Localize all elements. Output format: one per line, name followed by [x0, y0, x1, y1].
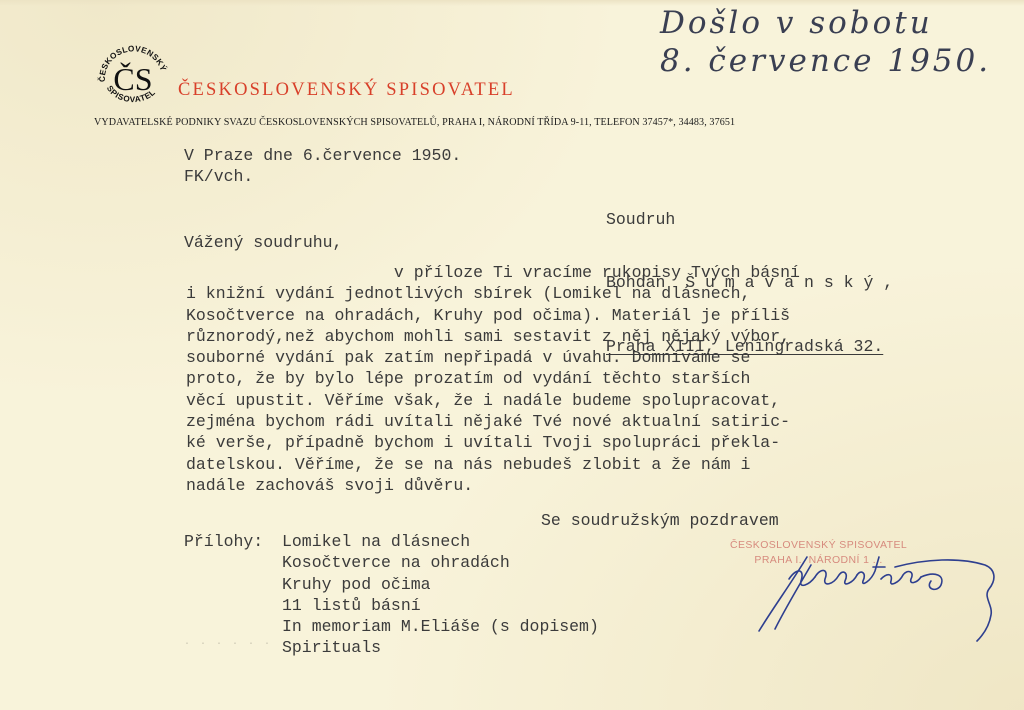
attachment-item: In memoriam M.Eliáše (s dopisem) — [282, 616, 599, 637]
body-line: souborné vydání pak zatím nepřipadá v úv… — [186, 347, 800, 368]
signature — [745, 545, 1015, 645]
handwritten-line-1: Došlo v sobotu — [660, 4, 991, 42]
perforation-marks: · · · · · · — [184, 639, 272, 650]
body-line: věcí upustit. Věříme však, že i nadále b… — [186, 390, 800, 411]
attachments-label: Přílohy: — [184, 531, 263, 552]
body-line: v příloze Ti vracíme rukopisy Tvých básn… — [186, 262, 800, 283]
closing: Se soudružským pozdravem — [541, 510, 779, 531]
attachment-item: Kruhy pod očima — [282, 574, 599, 595]
brand-name: ČESKOSLOVENSKÝ SPISOVATEL — [178, 80, 515, 101]
recipient-title: Soudruh — [606, 209, 893, 230]
body-line: datelskou. Věříme, že se na nás nebudeš … — [186, 454, 800, 475]
body-line: nadále zachováš svoji důvěru. — [186, 475, 800, 496]
body-line: proto, že by bylo lépe prozatím od vydán… — [186, 368, 800, 389]
attachment-item: Lomikel na dlásnech — [282, 531, 599, 552]
body-line: zejména bychom rádi uvítali nějaké Tvé n… — [186, 411, 800, 432]
body-line: různorodý,než abychom mohli sami sestavi… — [186, 326, 800, 347]
publisher-logo-icon: ČESKOSLOVENSKÝ SPISOVATEL ČS — [96, 42, 170, 108]
greeting: Vážený soudruhu, — [184, 232, 342, 253]
place-date: V Praze dne 6.července 1950. — [184, 145, 461, 166]
body-line: ké verše, případně bychom i uvítali Tvoj… — [186, 432, 800, 453]
body-line: Kosočtverce na ohradách, Kruhy pod očima… — [186, 305, 800, 326]
body-line: i knižní vydání jednotlivých sbírek (Lom… — [186, 283, 800, 304]
letter-body: v příloze Ti vracíme rukopisy Tvých básn… — [186, 262, 800, 496]
handwritten-line-2: 8. července 1950. — [660, 42, 991, 80]
handwritten-note: Došlo v sobotu 8. července 1950. — [660, 4, 991, 80]
attachment-item: Spirituals — [282, 637, 599, 658]
reference-code: FK/vch. — [184, 166, 253, 187]
attachment-item: 11 listů básní — [282, 595, 599, 616]
attachments-list: Lomikel na dlásnechKosočtverce na ohradá… — [282, 531, 599, 659]
letterhead-subheading: VYDAVATELSKÉ PODNIKY SVAZU ČESKOSLOVENSK… — [94, 117, 735, 128]
attachment-item: Kosočtverce na ohradách — [282, 552, 599, 573]
logo-monogram: ČS — [113, 61, 152, 97]
